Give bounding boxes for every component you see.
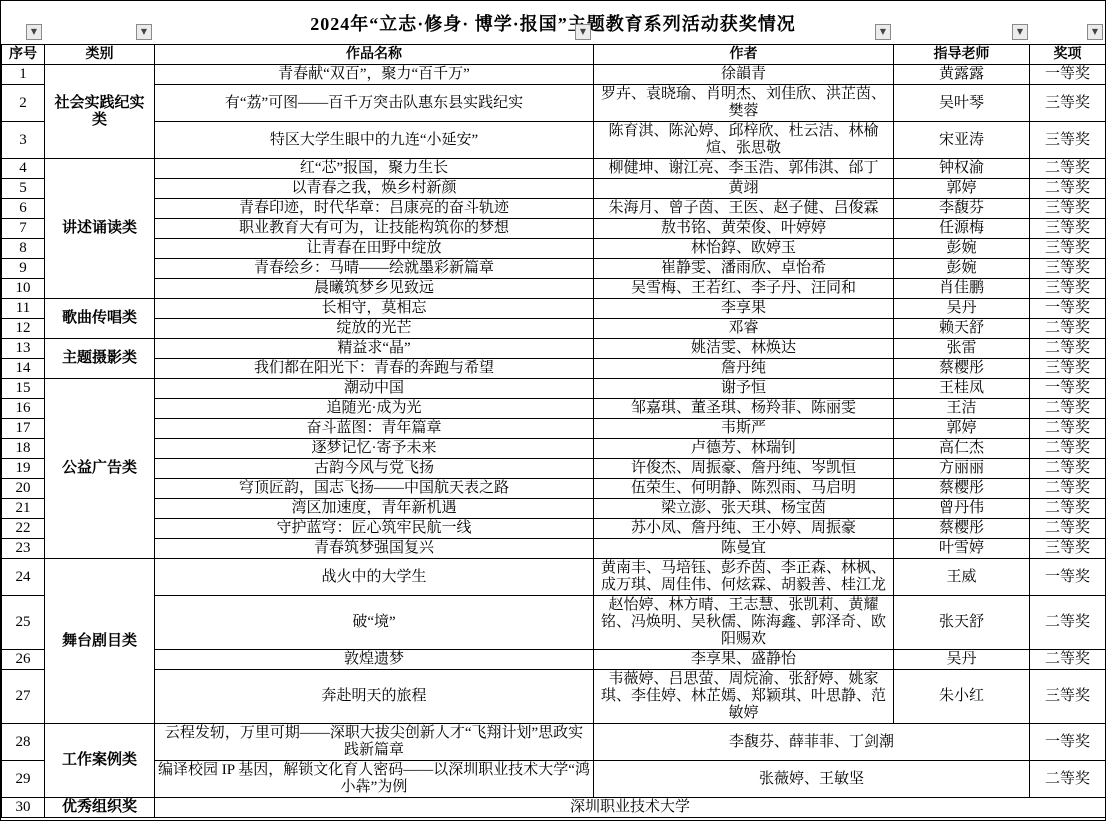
cell-award[interactable]: 二等奖 (1030, 519, 1106, 539)
cell-award[interactable]: 三等奖 (1030, 85, 1106, 122)
cell-category[interactable]: 主题摄影类 (45, 339, 155, 379)
cell-author[interactable]: 邓睿 (594, 319, 894, 339)
cell-serial[interactable]: 23 (2, 539, 45, 559)
cell-work[interactable]: 追随光·成为光 (155, 399, 594, 419)
table-row: 20穹顶匠韵，国志飞扬——中国航天表之路伍荣生、何明静、陈烈雨、马启明蔡樱彤二等… (2, 479, 1106, 499)
cell-category[interactable]: 公益广告类 (45, 379, 155, 559)
header-row: 序号 类别 作品名称 作者 指导老师 奖项 (2, 45, 1106, 65)
cell-author[interactable]: 詹丹纯 (594, 359, 894, 379)
cell-serial[interactable]: 21 (2, 499, 45, 519)
table-row: 30优秀组织奖深圳职业技术大学 (2, 798, 1106, 818)
cell-author[interactable]: 许俊杰、周振豪、詹丹纯、岑凯恒 (594, 459, 894, 479)
column-header-author[interactable]: 作者 (594, 45, 894, 65)
cell-serial[interactable]: 1 (2, 65, 45, 85)
table-row: 5以青春之我，焕乡村新颜黄翊郭婷二等奖 (2, 179, 1106, 199)
cell-serial[interactable]: 24 (2, 559, 45, 596)
cell-serial[interactable]: 7 (2, 219, 45, 239)
cell-work[interactable]: 破“境” (155, 596, 594, 650)
cell-teacher[interactable]: 王威 (894, 559, 1030, 596)
cell-award[interactable]: 一等奖 (1030, 299, 1106, 319)
cell-award[interactable]: 二等奖 (1030, 596, 1106, 650)
cell-author[interactable]: 陈曼宜 (594, 539, 894, 559)
filter-dropdown-icon: ▼ (1092, 28, 1098, 36)
cell-award[interactable]: 二等奖 (1030, 650, 1106, 670)
cell-author[interactable]: 伍荣生、何明静、陈烈雨、马启明 (594, 479, 894, 499)
table-row: 2有“荔”可图——百千万突击队惠东县实践纪实罗卉、袁晓瑜、肖明杰、刘佳欣、洪芷茵… (2, 85, 1106, 122)
table-row: 15公益广告类潮动中国谢予恒王桂凤一等奖 (2, 379, 1106, 399)
cell-serial[interactable]: 30 (2, 798, 45, 818)
cell-award[interactable]: 二等奖 (1030, 499, 1106, 519)
cell-serial[interactable]: 17 (2, 419, 45, 439)
cell-author[interactable]: 黄南丰、马培钰、彭乔茵、李正森、林枫、成万琪、周佳伟、何炫霖、胡毅善、桂江龙 (594, 559, 894, 596)
cell-category[interactable]: 舞台剧目类 (45, 559, 155, 724)
cell-work[interactable]: 青春印迹，时代华章：吕康亮的奋斗轨迹 (155, 199, 594, 219)
column-header-category[interactable]: 类别 (45, 45, 155, 65)
cell-teacher[interactable]: 王洁 (894, 399, 1030, 419)
cell-work[interactable]: 让青春在田野中绽放 (155, 239, 594, 259)
cell-award[interactable]: 二等奖 (1030, 419, 1106, 439)
cell-work[interactable]: 青春筑梦强国复兴 (155, 539, 594, 559)
cell-author[interactable]: 韦薇婷、吕思萤、周烷渝、张舒婷、姚家琪、李佳婷、林芷嫣、郑颖琪、叶思静、范敏婷 (594, 670, 894, 724)
cell-award[interactable]: 二等奖 (1030, 339, 1106, 359)
table-row: 23青春筑梦强国复兴陈曼宜叶雪婷三等奖 (2, 539, 1106, 559)
table-row: 10晨曦筑梦乡见致远吴雪梅、王若红、李子丹、汪同和肖佳鹏三等奖 (2, 279, 1106, 299)
cell-teacher[interactable]: 王桂凤 (894, 379, 1030, 399)
cell-serial[interactable]: 13 (2, 339, 45, 359)
filter-dropdown-icon: ▼ (31, 28, 37, 36)
cell-teacher[interactable]: 吴丹 (894, 299, 1030, 319)
cell-teacher[interactable]: 张天舒 (894, 596, 1030, 650)
table-row: 17奋斗蓝图：青年篇章韦斯严郭婷二等奖 (2, 419, 1106, 439)
table-row: 25破“境”赵怡婷、林方晴、王志慧、张凯莉、黄耀铭、冯焕明、吴秋儒、陈海鑫、郭泽… (2, 596, 1106, 650)
cell-author[interactable]: 崔静雯、潘雨欣、卓怡希 (594, 259, 894, 279)
cell-work[interactable]: 古韵今风与党飞扬 (155, 459, 594, 479)
column-header-work[interactable]: 作品名称 (155, 45, 594, 65)
cell-teacher[interactable]: 高仁杰 (894, 439, 1030, 459)
cell-author[interactable]: 陈育淇、陈沁婷、邱梓欣、杜云洁、林榆煊、张思敬 (594, 122, 894, 159)
cell-teacher[interactable]: 任源梅 (894, 219, 1030, 239)
table-row: 9青春绘乡：马晴——绘就墨彩新篇章崔静雯、潘雨欣、卓怡希彭婉三等奖 (2, 259, 1106, 279)
cell-award[interactable]: 三等奖 (1030, 259, 1106, 279)
table-row: 1社会实践纪实类青春献“双百”，聚力“百千万”徐韻青黄露露一等奖 (2, 65, 1106, 85)
cell-work[interactable]: 特区大学生眼中的九连“小延安” (155, 122, 594, 159)
cell-author[interactable]: 苏小凤、詹丹纯、王小婷、周振豪 (594, 519, 894, 539)
cell-author[interactable]: 梁立澎、张天琪、杨宝茵 (594, 499, 894, 519)
cell-author[interactable]: 李馥芬、薛菲菲、丁剑潮 (594, 724, 1030, 761)
cell-award[interactable]: 二等奖 (1030, 459, 1106, 479)
table-row: 18逐梦记忆·寄予未来卢德芳、林瑞钊高仁杰二等奖 (2, 439, 1106, 459)
cell-serial[interactable]: 4 (2, 159, 45, 179)
cell-teacher[interactable]: 叶雪婷 (894, 539, 1030, 559)
cell-serial[interactable]: 12 (2, 319, 45, 339)
cell-work[interactable]: 逐梦记忆·寄予未来 (155, 439, 594, 459)
awards-table: 序号 类别 作品名称 作者 指导老师 奖项 1社会实践纪实类青春献“双百”，聚力… (1, 44, 1106, 818)
column-header-award[interactable]: 奖项 (1030, 45, 1106, 65)
cell-author[interactable]: 柳健坤、谢江亮、李玉浩、郭伟淇、邰丁 (594, 159, 894, 179)
table-row: 13主题摄影类精益求“晶”姚洁雯、林焕达张雷二等奖 (2, 339, 1106, 359)
table-row: 4讲述诵读类红“芯”报国，聚力生长柳健坤、谢江亮、李玉浩、郭伟淇、邰丁钟权渝二等… (2, 159, 1106, 179)
cell-work[interactable]: 编译校园 IP 基因，解锁文化育人密码——以深圳职业技术大学“鸿小犇”为例 (155, 761, 594, 798)
cell-author[interactable]: 韦斯严 (594, 419, 894, 439)
cell-work[interactable]: 精益求“晶” (155, 339, 594, 359)
cell-award[interactable]: 三等奖 (1030, 199, 1106, 219)
cell-award[interactable]: 二等奖 (1030, 439, 1106, 459)
cell-serial[interactable]: 29 (2, 761, 45, 798)
cell-teacher[interactable]: 郭婷 (894, 419, 1030, 439)
cell-award[interactable]: 一等奖 (1030, 724, 1106, 761)
title-cell[interactable]: 2024年“立志·修身· 博学·报国”主题教育系列活动获奖情况 (1, 1, 1105, 44)
cell-serial[interactable]: 14 (2, 359, 45, 379)
cell-teacher[interactable]: 赖天舒 (894, 319, 1030, 339)
cell-work[interactable]: 职业教育大有可为，让技能构筑你的梦想 (155, 219, 594, 239)
column-header-teacher[interactable]: 指导老师 (894, 45, 1030, 65)
cell-teacher[interactable]: 吴丹 (894, 650, 1030, 670)
cell-award[interactable]: 三等奖 (1030, 539, 1106, 559)
cell-author[interactable]: 黄翊 (594, 179, 894, 199)
cell-author[interactable]: 谢予恒 (594, 379, 894, 399)
cell-work[interactable]: 以青春之我，焕乡村新颜 (155, 179, 594, 199)
spreadsheet: 2024年“立志·修身· 博学·报国”主题教育系列活动获奖情况 ▼ ▼ ▼ ▼ … (0, 0, 1106, 821)
cell-author[interactable]: 姚洁雯、林焕达 (594, 339, 894, 359)
cell-author[interactable]: 张薇婷、王敏坚 (594, 761, 1030, 798)
column-header-no[interactable]: 序号 (2, 45, 45, 65)
table-row: 19古韵今风与党飞扬许俊杰、周振豪、詹丹纯、岑凯恒方丽丽二等奖 (2, 459, 1106, 479)
cell-work[interactable]: 青春献“双百”，聚力“百千万” (155, 65, 594, 85)
filter-dropdown-icon: ▼ (580, 28, 586, 36)
table-row: 14我们都在阳光下：青春的奔跑与希望詹丹纯蔡樱彤三等奖 (2, 359, 1106, 379)
cell-award[interactable]: 三等奖 (1030, 670, 1106, 724)
cell-serial[interactable]: 26 (2, 650, 45, 670)
table-row: 12绽放的光芒邓睿赖天舒二等奖 (2, 319, 1106, 339)
cell-serial[interactable]: 9 (2, 259, 45, 279)
cell-award[interactable]: 一等奖 (1030, 65, 1106, 85)
cell-author[interactable]: 吴雪梅、王若红、李子丹、汪同和 (594, 279, 894, 299)
cell-award[interactable]: 一等奖 (1030, 379, 1106, 399)
table-row: 16追随光·成为光邹嘉琪、董圣琪、杨羚菲、陈丽雯王洁二等奖 (2, 399, 1106, 419)
autofilter-button-work[interactable]: ▼ (575, 24, 591, 40)
table-row: 27奔赴明天的旅程韦薇婷、吕思萤、周烷渝、张舒婷、姚家琪、李佳婷、林芷嫣、郑颖琪… (2, 670, 1106, 724)
cell-work[interactable]: 穹顶匠韵，国志飞扬——中国航天表之路 (155, 479, 594, 499)
cell-award[interactable]: 三等奖 (1030, 219, 1106, 239)
cell-work[interactable]: 守护蓝穹：匠心筑牢民航一线 (155, 519, 594, 539)
cell-teacher[interactable]: 郭婷 (894, 179, 1030, 199)
cell-teacher[interactable]: 黄露露 (894, 65, 1030, 85)
cell-teacher[interactable]: 张雷 (894, 339, 1030, 359)
cell-serial[interactable]: 16 (2, 399, 45, 419)
cell-author[interactable]: 邹嘉琪、董圣琪、杨羚菲、陈丽雯 (594, 399, 894, 419)
cell-award[interactable]: 二等奖 (1030, 179, 1106, 199)
table-row: 22守护蓝穹：匠心筑牢民航一线苏小凤、詹丹纯、王小婷、周振豪蔡樱彤二等奖 (2, 519, 1106, 539)
cell-category[interactable]: 优秀组织奖 (45, 798, 155, 818)
table-row: 6青春印迹，时代华章：吕康亮的奋斗轨迹朱海月、曾子茵、王医、赵子健、吕俊霖李馥芬… (2, 199, 1106, 219)
table-row: 24舞台剧目类战火中的大学生黄南丰、马培钰、彭乔茵、李正森、林枫、成万琪、周佳伟… (2, 559, 1106, 596)
cell-serial[interactable]: 27 (2, 670, 45, 724)
cell-serial[interactable]: 6 (2, 199, 45, 219)
cell-category[interactable]: 歌曲传唱类 (45, 299, 155, 339)
cell-award[interactable]: 二等奖 (1030, 159, 1106, 179)
filter-dropdown-icon: ▼ (880, 28, 886, 36)
cell-teacher[interactable]: 朱小红 (894, 670, 1030, 724)
cell-teacher[interactable]: 吴叶琴 (894, 85, 1030, 122)
cell-teacher[interactable]: 宋亚涛 (894, 122, 1030, 159)
cell-work[interactable]: 奋斗蓝图：青年篇章 (155, 419, 594, 439)
table-row: 8让青春在田野中绽放林怡錞、欧婷玉彭婉三等奖 (2, 239, 1106, 259)
cell-author[interactable]: 敖书铭、黄荣俊、叶婷婷 (594, 219, 894, 239)
cell-work[interactable]: 青春绘乡：马晴——绘就墨彩新篇章 (155, 259, 594, 279)
cell-category[interactable]: 工作案例类 (45, 724, 155, 798)
cell-award[interactable]: 二等奖 (1030, 399, 1106, 419)
cell-teacher[interactable]: 彭婉 (894, 259, 1030, 279)
table-body: 1社会实践纪实类青春献“双百”，聚力“百千万”徐韻青黄露露一等奖2有“荔”可图—… (2, 65, 1106, 818)
cell-serial[interactable]: 10 (2, 279, 45, 299)
table-row: 11歌曲传唱类长相守，莫相忘李享果吴丹一等奖 (2, 299, 1106, 319)
cell-category[interactable]: 社会实践纪实类 (45, 65, 155, 159)
cell-serial[interactable]: 20 (2, 479, 45, 499)
autofilter-button-category[interactable]: ▼ (136, 24, 152, 40)
table-row: 28工作案例类云程发轫，万里可期——深职大拔尖创新人才“飞翔计划”思政实践新篇章… (2, 724, 1106, 761)
cell-work[interactable]: 云程发轫，万里可期——深职大拔尖创新人才“飞翔计划”思政实践新篇章 (155, 724, 594, 761)
autofilter-button-no[interactable]: ▼ (26, 24, 42, 40)
cell-author[interactable]: 赵怡婷、林方晴、王志慧、张凯莉、黄耀铭、冯焕明、吴秋儒、陈海鑫、郭泽奇、欧阳赐欢 (594, 596, 894, 650)
table-row: 21湾区加速度，青年新机遇梁立澎、张天琪、杨宝茵曾丹伟二等奖 (2, 499, 1106, 519)
cell-serial[interactable]: 22 (2, 519, 45, 539)
cell-author[interactable]: 李享果 (594, 299, 894, 319)
cell-work[interactable]: 深圳职业技术大学 (155, 798, 1106, 818)
cell-serial[interactable]: 25 (2, 596, 45, 650)
cell-award[interactable]: 三等奖 (1030, 359, 1106, 379)
cell-teacher[interactable]: 彭婉 (894, 239, 1030, 259)
cell-work[interactable]: 奔赴明天的旅程 (155, 670, 594, 724)
cell-work[interactable]: 晨曦筑梦乡见致远 (155, 279, 594, 299)
cell-award[interactable]: 二等奖 (1030, 761, 1106, 798)
cell-serial[interactable]: 5 (2, 179, 45, 199)
cell-teacher[interactable]: 蔡樱彤 (894, 359, 1030, 379)
cell-author[interactable]: 徐韻青 (594, 65, 894, 85)
cell-work[interactable]: 敦煌遗梦 (155, 650, 594, 670)
cell-work[interactable]: 我们都在阳光下：青春的奔跑与希望 (155, 359, 594, 379)
autofilter-button-award[interactable]: ▼ (1087, 24, 1103, 40)
cell-author[interactable]: 罗卉、袁晓瑜、肖明杰、刘佳欣、洪芷茵、樊蓉 (594, 85, 894, 122)
cell-serial[interactable]: 19 (2, 459, 45, 479)
table-row: 7职业教育大有可为，让技能构筑你的梦想敖书铭、黄荣俊、叶婷婷任源梅三等奖 (2, 219, 1106, 239)
cell-serial[interactable]: 15 (2, 379, 45, 399)
cell-author[interactable]: 李享果、盛静怡 (594, 650, 894, 670)
cell-work[interactable]: 有“荔”可图——百千万突击队惠东县实践纪实 (155, 85, 594, 122)
cell-award[interactable]: 三等奖 (1030, 239, 1106, 259)
cell-serial[interactable]: 8 (2, 239, 45, 259)
cell-award[interactable]: 一等奖 (1030, 559, 1106, 596)
cell-work[interactable]: 潮动中国 (155, 379, 594, 399)
cell-serial[interactable]: 2 (2, 85, 45, 122)
cell-serial[interactable]: 18 (2, 439, 45, 459)
cell-teacher[interactable]: 肖佳鹏 (894, 279, 1030, 299)
cell-category[interactable]: 讲述诵读类 (45, 159, 155, 299)
cell-teacher[interactable]: 李馥芬 (894, 199, 1030, 219)
cell-award[interactable]: 三等奖 (1030, 279, 1106, 299)
table-row: 3特区大学生眼中的九连“小延安”陈育淇、陈沁婷、邱梓欣、杜云洁、林榆煊、张思敬宋… (2, 122, 1106, 159)
cell-work[interactable]: 绽放的光芒 (155, 319, 594, 339)
autofilter-button-teacher[interactable]: ▼ (1012, 24, 1028, 40)
cell-teacher[interactable]: 蔡樱彤 (894, 519, 1030, 539)
cell-author[interactable]: 朱海月、曾子茵、王医、赵子健、吕俊霖 (594, 199, 894, 219)
filter-dropdown-icon: ▼ (1017, 28, 1023, 36)
cell-serial[interactable]: 28 (2, 724, 45, 761)
table-row: 26敦煌遗梦李享果、盛静怡吴丹二等奖 (2, 650, 1106, 670)
cell-work[interactable]: 长相守，莫相忘 (155, 299, 594, 319)
cell-award[interactable]: 三等奖 (1030, 122, 1106, 159)
cell-award[interactable]: 二等奖 (1030, 479, 1106, 499)
cell-teacher[interactable]: 蔡樱彤 (894, 479, 1030, 499)
cell-work[interactable]: 战火中的大学生 (155, 559, 594, 596)
table-row: 29编译校园 IP 基因，解锁文化育人密码——以深圳职业技术大学“鸿小犇”为例张… (2, 761, 1106, 798)
cell-teacher[interactable]: 方丽丽 (894, 459, 1030, 479)
cell-author[interactable]: 卢德芳、林瑞钊 (594, 439, 894, 459)
cell-serial[interactable]: 11 (2, 299, 45, 319)
autofilter-button-author[interactable]: ▼ (875, 24, 891, 40)
cell-serial[interactable]: 3 (2, 122, 45, 159)
cell-award[interactable]: 二等奖 (1030, 319, 1106, 339)
cell-work[interactable]: 湾区加速度，青年新机遇 (155, 499, 594, 519)
cell-author[interactable]: 林怡錞、欧婷玉 (594, 239, 894, 259)
cell-teacher[interactable]: 钟权渝 (894, 159, 1030, 179)
filter-dropdown-icon: ▼ (141, 28, 147, 36)
cell-work[interactable]: 红“芯”报国，聚力生长 (155, 159, 594, 179)
cell-teacher[interactable]: 曾丹伟 (894, 499, 1030, 519)
